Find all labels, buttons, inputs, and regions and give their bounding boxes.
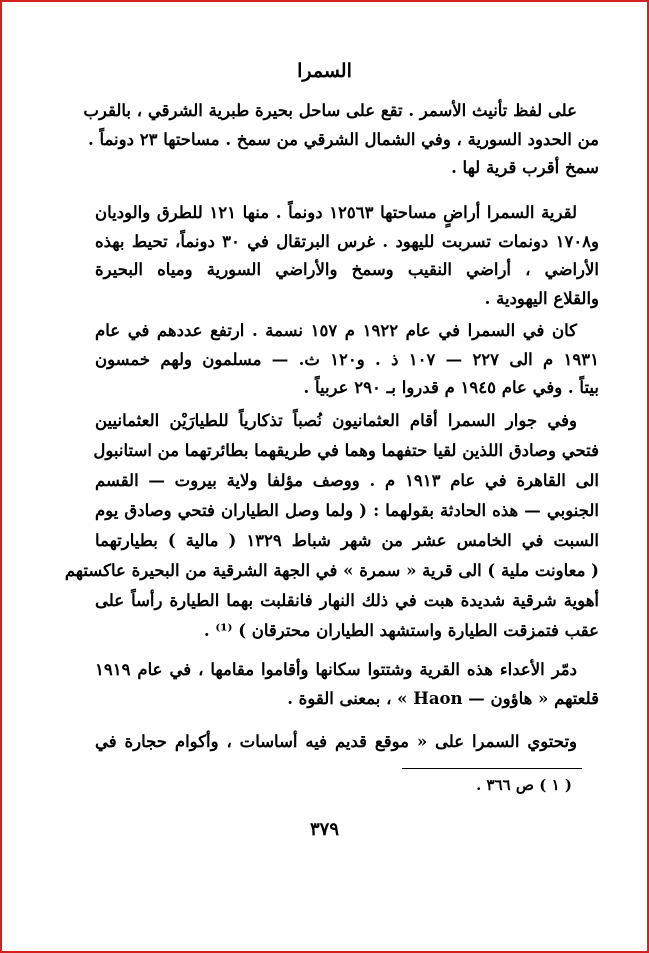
text-line: الأراضي ، أراضي النقيب وسمخ والأراضي الس… xyxy=(95,256,599,285)
paragraph-3: كان في السمرا في عام ١٩٢٢ م ١٥٧ نسمة . ا… xyxy=(95,317,599,403)
paragraph-5: دمّر الأعداء هذه القرية وشتتوا سكانها وأ… xyxy=(95,656,599,713)
text-line: السبت في الخامس عشر من شهر شباط ١٣٢٩ ( م… xyxy=(95,526,599,556)
text-line: بيتاً . وفي عام ١٩٤٥ م قدروا بـ ٢٩٠ عربي… xyxy=(95,374,599,403)
footnote-divider xyxy=(402,768,582,769)
document-page: السمرا على لفظ تأنيث الأسمر . تقع على سا… xyxy=(0,0,649,953)
text-line: دمّر الأعداء هذه القرية وشتتوا سكانها وأ… xyxy=(95,656,599,685)
text-line: على لفظ تأنيث الأسمر . تقع على ساحل بحير… xyxy=(95,97,599,126)
text-line: ١٩٣١ م الى ٢٢٧ — ١٠٧ ذ . و١٢٠ ث. — مسلمو… xyxy=(95,346,599,375)
text-line: عقب فتمزقت الطيارة واستشهد الطياران محتر… xyxy=(95,616,599,646)
text-line: وفي جوار السمرا أقام العثمانيون نُصباً ت… xyxy=(95,406,599,436)
text-line: وتحتوي السمرا على « موقع قديم فيه أساسات… xyxy=(95,728,599,757)
text-line: ( معاونت ملية ) الى قرية « سمرة » في الج… xyxy=(95,556,599,586)
page-number: ٣٧٩ xyxy=(2,819,647,840)
text-line: كان في السمرا في عام ١٩٢٢ م ١٥٧ نسمة . ا… xyxy=(95,317,599,346)
page-title: السمرا xyxy=(2,60,647,82)
footnote: ( ١ ) ص ٣٦٦ . xyxy=(402,776,582,794)
text-line: لقرية السمرا أراضٍ مساحتها ١٢٥٦٣ دونماً … xyxy=(95,199,599,228)
text-line: قلعتهم « هاؤون — Haon » ، بمعنى القوة . xyxy=(95,685,599,714)
text-line: سمخ أقرب قرية لها . xyxy=(95,154,599,183)
text-line: من الحدود السورية ، وفي الشمال الشرقي من… xyxy=(95,126,599,155)
paragraph-6: وتحتوي السمرا على « موقع قديم فيه أساسات… xyxy=(95,728,599,757)
text-line: فتحي وصادق اللذين لقيا حتفهما وهما في طر… xyxy=(95,436,599,466)
text-line: والقلاع اليهودية . xyxy=(95,285,599,314)
paragraph-2: لقرية السمرا أراضٍ مساحتها ١٢٥٦٣ دونماً … xyxy=(95,199,599,313)
text-line: و١٧٠٨ دونمات تسربت لليهود . غرس البرتقال… xyxy=(95,228,599,257)
text-line: أهوية شرقية شديدة هبت في ذلك النهار فانق… xyxy=(95,586,599,616)
paragraph-4: وفي جوار السمرا أقام العثمانيون نُصباً ت… xyxy=(95,406,599,646)
paragraph-1: على لفظ تأنيث الأسمر . تقع على ساحل بحير… xyxy=(95,97,599,183)
text-line: الى القاهرة في عام ١٩١٣ م . ووصف مؤلفا و… xyxy=(95,466,599,496)
text-line: الجنوبي — هذه الحادثة بقولهما : ( ولما و… xyxy=(95,496,599,526)
